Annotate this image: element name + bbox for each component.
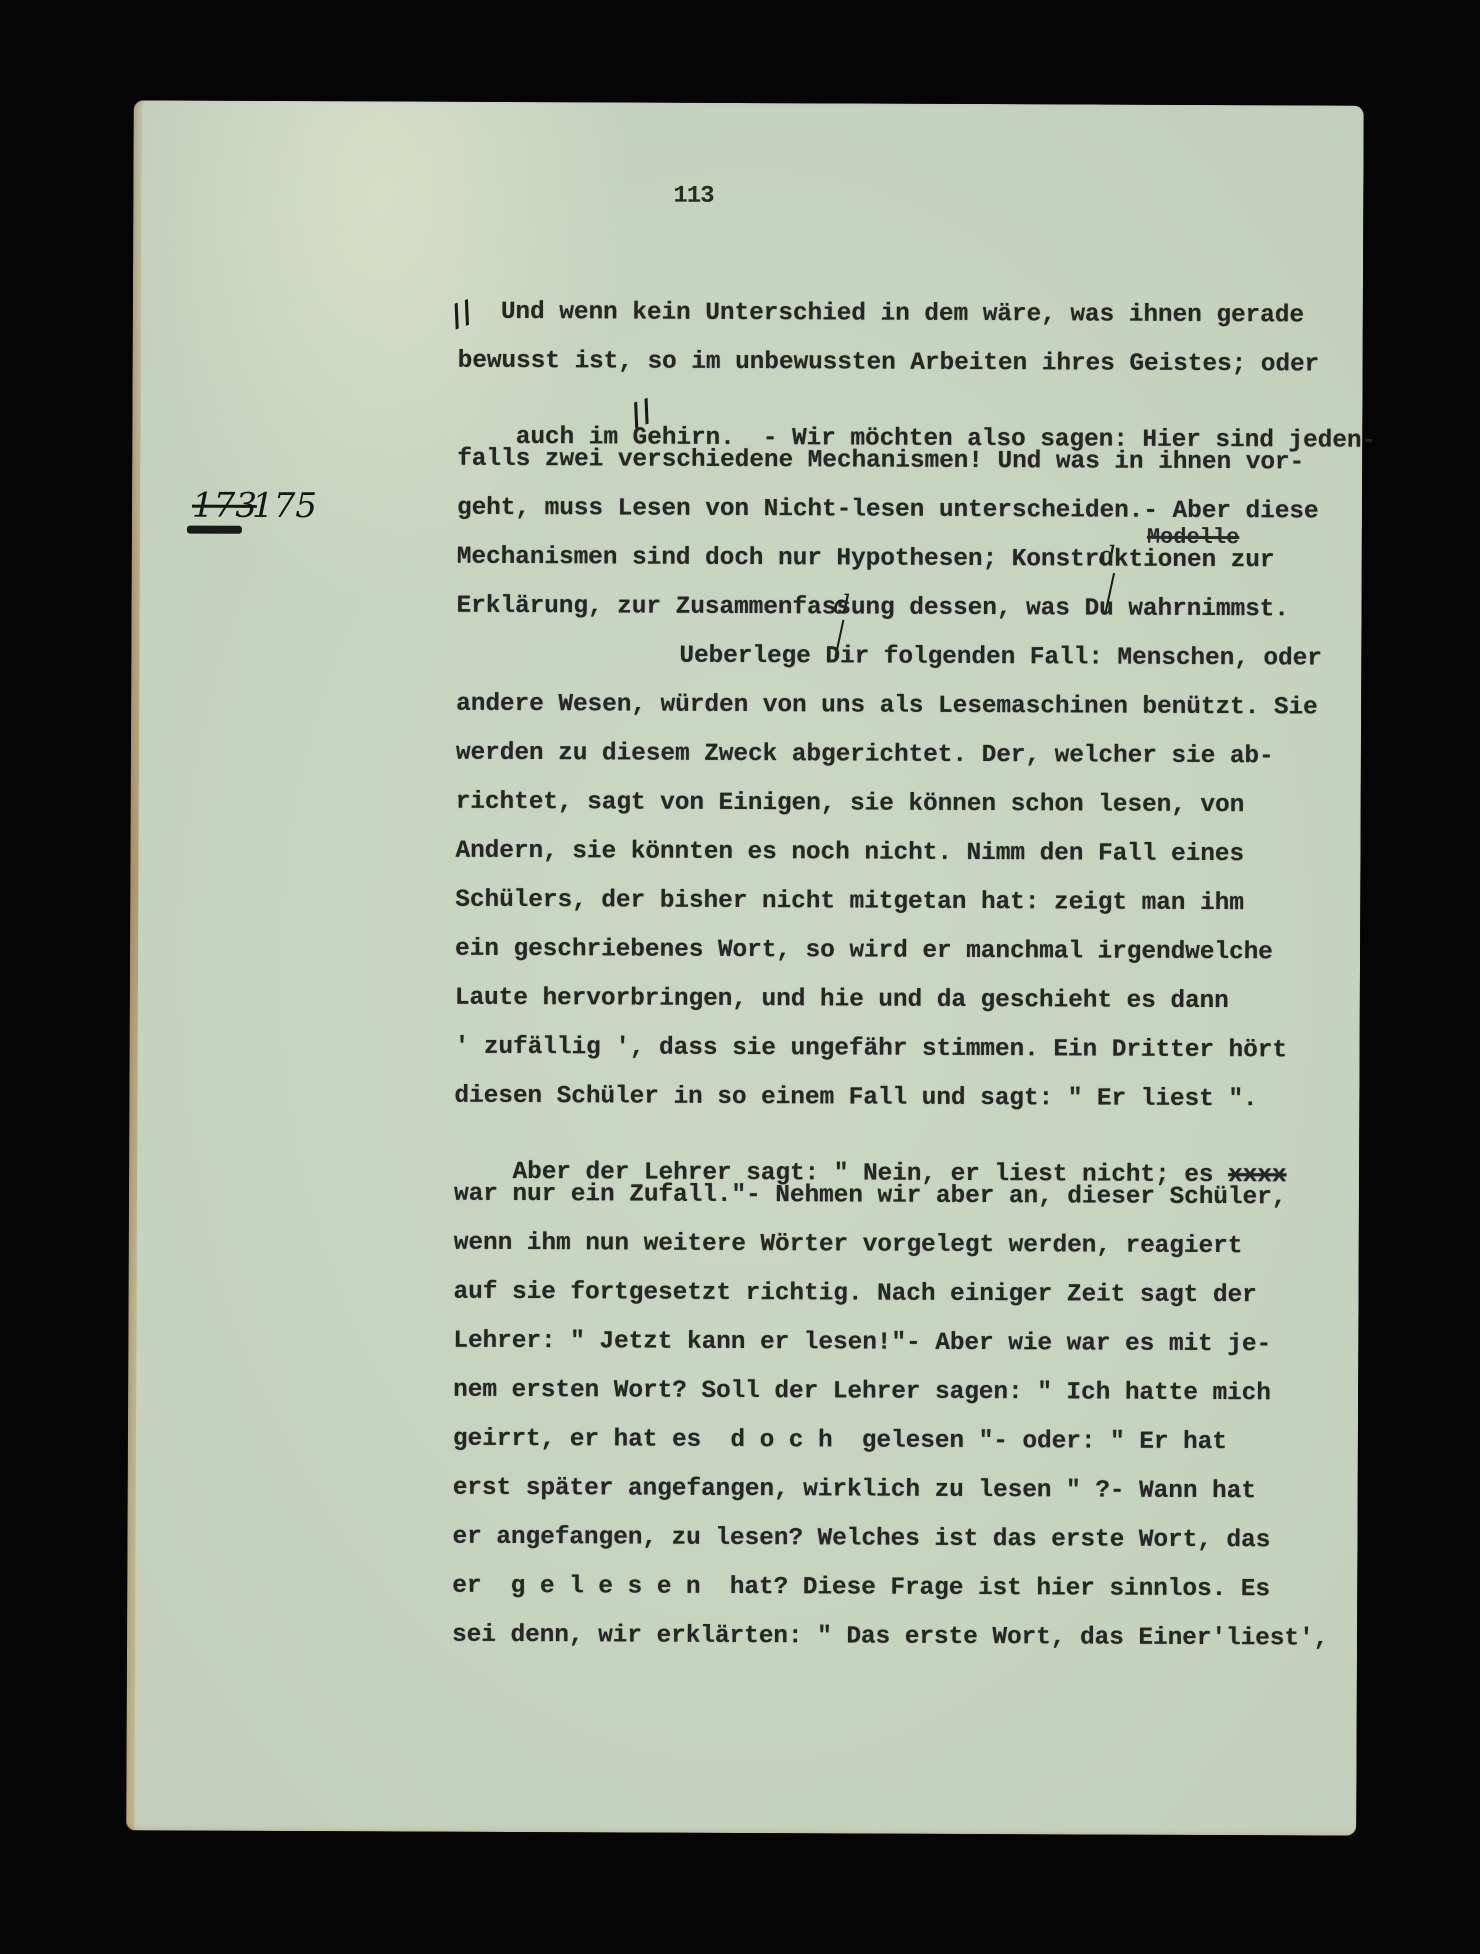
- text-line: Lehrer: " Jetzt kann er lesen!"- Aber wi…: [453, 1328, 1271, 1359]
- text-line: richtet, sagt von Einigen, sie können sc…: [456, 789, 1245, 819]
- margin-erased-mark: [187, 526, 242, 534]
- typescript-page: 113 173 175 // // Modelle d d Und wenn k…: [126, 100, 1364, 1835]
- edge-stain: [126, 100, 142, 1830]
- text-line: diesen Schüler in so einem Fall und sagt…: [454, 1083, 1257, 1114]
- text-line: sei denn, wir erklärten: " Das erste Wor…: [452, 1622, 1328, 1653]
- text-line: geht, muss Lesen von Nicht-lesen untersc…: [457, 495, 1319, 526]
- text-line: auf sie fortgesetzt richtig. Nach einige…: [454, 1279, 1257, 1310]
- text-line: Ueberlege Dir folgenden Fall: Menschen, …: [679, 643, 1322, 673]
- text-line: ein geschriebenes Wort, so wird er manch…: [455, 936, 1273, 967]
- text-line: werden zu diesem Zweck abgerichtet. Der,…: [456, 740, 1274, 771]
- text-line: war nur ein Zufall."- Nehmen wir aber an…: [454, 1181, 1286, 1212]
- text-line: Schülers, der bisher nicht mitgetan hat:…: [455, 887, 1244, 917]
- paragraph-mark-icon: //: [446, 294, 478, 334]
- text-line: bewusst ist, so im unbewussten Arbeiten …: [458, 348, 1320, 379]
- text-line: er angefangen, zu lesen? Welches ist das…: [452, 1524, 1270, 1555]
- text-line: Und wenn kein Unterschied in dem wäre, w…: [501, 299, 1304, 330]
- page-number: 113: [673, 183, 713, 210]
- text-line: falls zwei verschiedene Mechanismen! Und…: [457, 446, 1304, 477]
- text-line: erst später angefangen, wirklich zu lese…: [453, 1475, 1256, 1506]
- text-line: Andern, sie könnten es noch nicht. Nimm …: [455, 838, 1244, 868]
- text-line: er g e l e s e n hat? Diese Frage ist hi…: [452, 1573, 1270, 1604]
- margin-struck-number: 173: [192, 486, 257, 526]
- margin-new-number: 175: [252, 486, 317, 526]
- text-line: Mechanismen sind doch nur Hypothesen; Ko…: [457, 544, 1275, 575]
- text-line: geirrt, er hat es d o c h gelesen "- ode…: [453, 1426, 1227, 1456]
- text-line: Erklärung, zur Zusammenfassung dessen, w…: [457, 593, 1289, 624]
- text-line: ' zufällig ', dass sie ungefähr stimmen.…: [455, 1034, 1287, 1065]
- text-line: wenn ihm nun weitere Wörter vorgelegt we…: [454, 1230, 1243, 1260]
- text-line: andere Wesen, würden von uns als Lesemas…: [456, 691, 1318, 722]
- text-line: nem ersten Wort? Soll der Lehrer sagen: …: [453, 1377, 1271, 1408]
- text-line: Laute hervorbringen, und hie und da gesc…: [455, 985, 1229, 1015]
